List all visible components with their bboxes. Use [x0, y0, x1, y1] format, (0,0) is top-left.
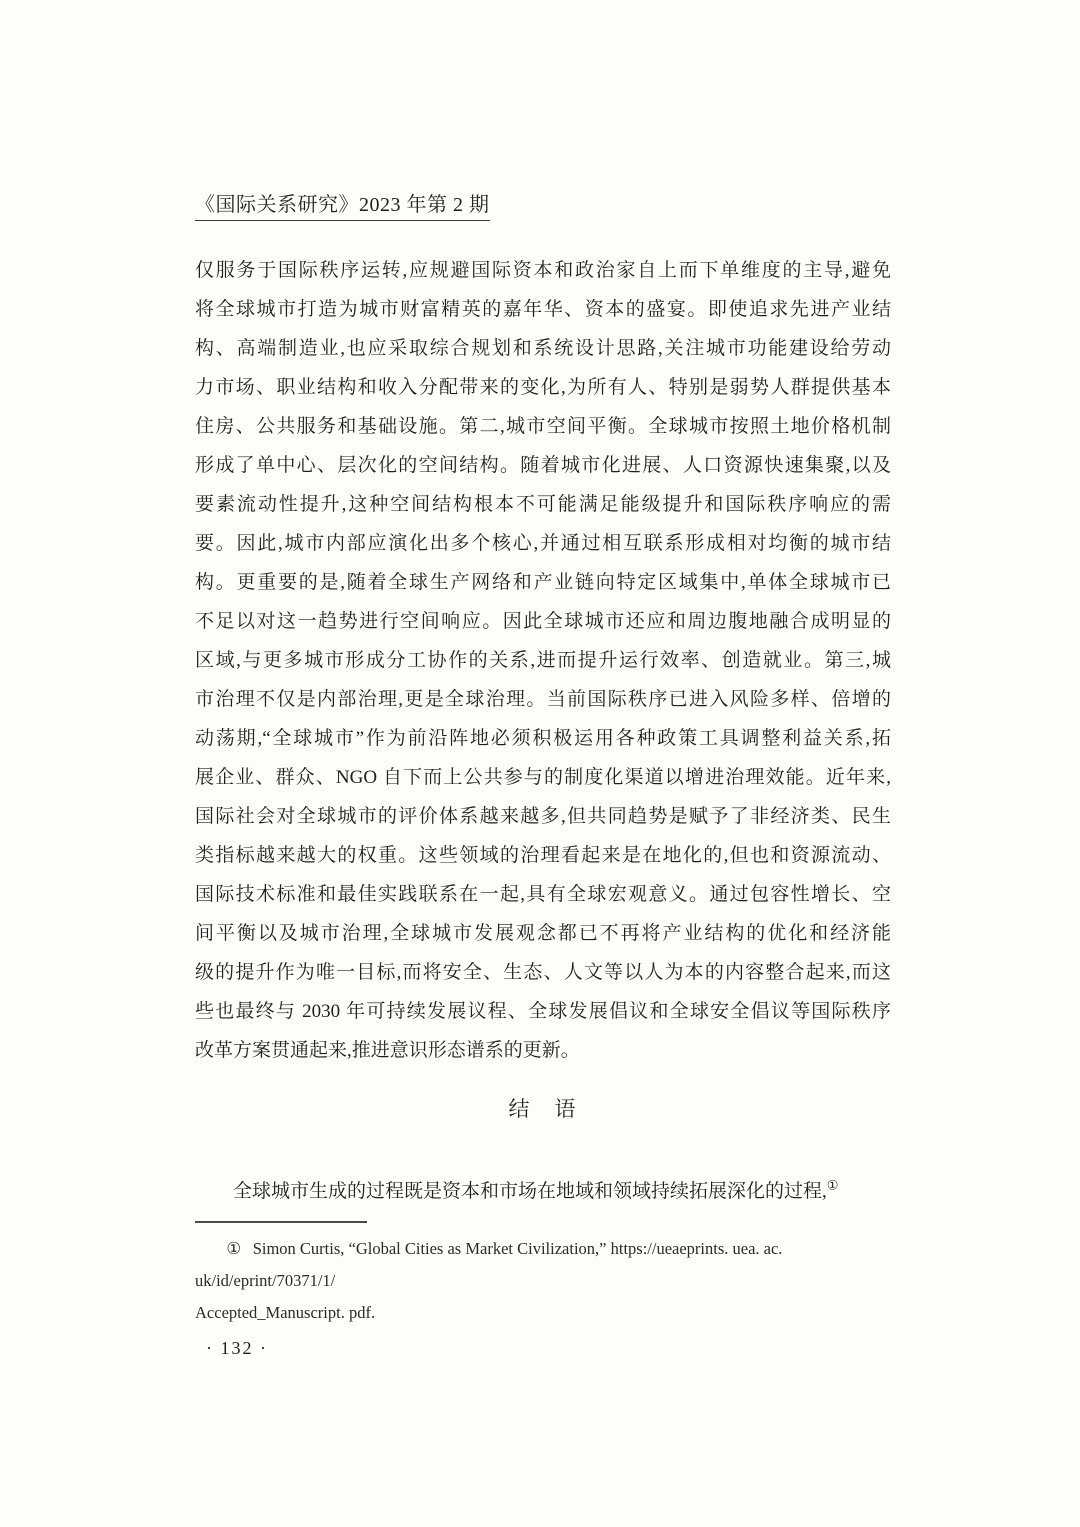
body-text-line: 不足以对这一趋势进行空间响应。因此全球城市还应和周边腹地融合成明显的 [195, 602, 891, 641]
page-number: · 132 · [195, 1335, 891, 1361]
body-text-line: 级的提升作为唯一目标,而将安全、生态、人文等以人为本的内容整合起来,而这 [195, 953, 891, 992]
conclusion-heading: 结 语 [195, 1094, 891, 1124]
page-content: 《国际关系研究》2023 年第 2 期 仅服务于国际秩序运转,应规避国际资本和政… [195, 193, 891, 1361]
body-text-line: 间平衡以及城市治理,全球城市发展观念都已不再将产业结构的优化和经济能 [195, 914, 891, 953]
body-text-line: 构。更重要的是,随着全球生产网络和产业链向特定区域集中,单体全球城市已 [195, 563, 891, 602]
body-text-line: 些也最终与 2030 年可持续发展议程、全球发展倡议和全球安全倡议等国际秩序 [195, 992, 891, 1031]
body-text-line: 改革方案贯通起来,推进意识形态谱系的更新。 [195, 1031, 891, 1070]
journal-page: 《国际关系研究》2023 年第 2 期 仅服务于国际秩序运转,应规避国际资本和政… [0, 0, 1080, 1527]
footnote-line-2: Accepted_Manuscript. pdf. [195, 1297, 891, 1329]
journal-header-text: 《国际关系研究》2023 年第 2 期 [195, 193, 490, 221]
body-paragraph: 仅服务于国际秩序运转,应规避国际资本和政治家自上而下单维度的主导,避免将全球城市… [195, 251, 891, 1070]
body-text-line: 类指标越来越大的权重。这些领域的治理看起来是在地化的,但也和资源流动、 [195, 836, 891, 875]
body-text-line: 将全球城市打造为城市财富精英的嘉年华、资本的盛宴。即使追求先进产业结 [195, 290, 891, 329]
body-text-line: 市治理不仅是内部治理,更是全球治理。当前国际秩序已进入风险多样、倍增的 [195, 680, 891, 719]
body-text-line: 仅服务于国际秩序运转,应规避国际资本和政治家自上而下单维度的主导,避免 [195, 251, 891, 290]
body-text-line: 动荡期,“全球城市”作为前沿阵地必须积极运用各种政策工具调整利益关系,拓 [195, 719, 891, 758]
conclusion-paragraph: 全球城市生成的过程既是资本和市场在地域和领域持续拓展深化的过程,① [195, 1172, 891, 1211]
footnote-block: ①Simon Curtis, “Global Cities as Market … [195, 1233, 891, 1329]
footnote-marker: ① [226, 1239, 241, 1258]
body-text-line: 国际技术标准和最佳实践联系在一起,具有全球宏观意义。通过包容性增长、空 [195, 875, 891, 914]
footnote-separator-rule [195, 1221, 367, 1223]
footnote-reference-mark: ① [827, 1178, 839, 1193]
footnote-line-1: ①Simon Curtis, “Global Cities as Market … [195, 1233, 891, 1297]
body-text-line: 展企业、群众、NGO 自下而上公共参与的制度化渠道以增进治理效能。近年来, [195, 758, 891, 797]
body-text-line: 住房、公共服务和基础设施。第二,城市空间平衡。全球城市按照土地价格机制 [195, 407, 891, 446]
body-text-line: 形成了单中心、层次化的空间结构。随着城市化进展、人口资源快速集聚,以及 [195, 446, 891, 485]
body-text-line: 国际社会对全球城市的评价体系越来越多,但共同趋势是赋予了非经济类、民生 [195, 797, 891, 836]
body-text-line: 力市场、职业结构和收入分配带来的变化,为所有人、特别是弱势人群提供基本 [195, 368, 891, 407]
conclusion-paragraph-text: 全球城市生成的过程既是资本和市场在地域和领域持续拓展深化的过程, [233, 1181, 827, 1202]
journal-header: 《国际关系研究》2023 年第 2 期 [195, 193, 891, 221]
body-text-line: 构、高端制造业,也应采取综合规划和系统设计思路,关注城市功能建设给劳动 [195, 329, 891, 368]
body-text-line: 区域,与更多城市形成分工协作的关系,进而提升运行效率、创造就业。第三,城 [195, 641, 891, 680]
footnote-citation-text: Simon Curtis, “Global Cities as Market C… [195, 1239, 782, 1290]
body-text-line: 要。因此,城市内部应演化出多个核心,并通过相互联系形成相对均衡的城市结 [195, 524, 891, 563]
body-text-line: 要素流动性提升,这种空间结构根本不可能满足能级提升和国际秩序响应的需 [195, 485, 891, 524]
